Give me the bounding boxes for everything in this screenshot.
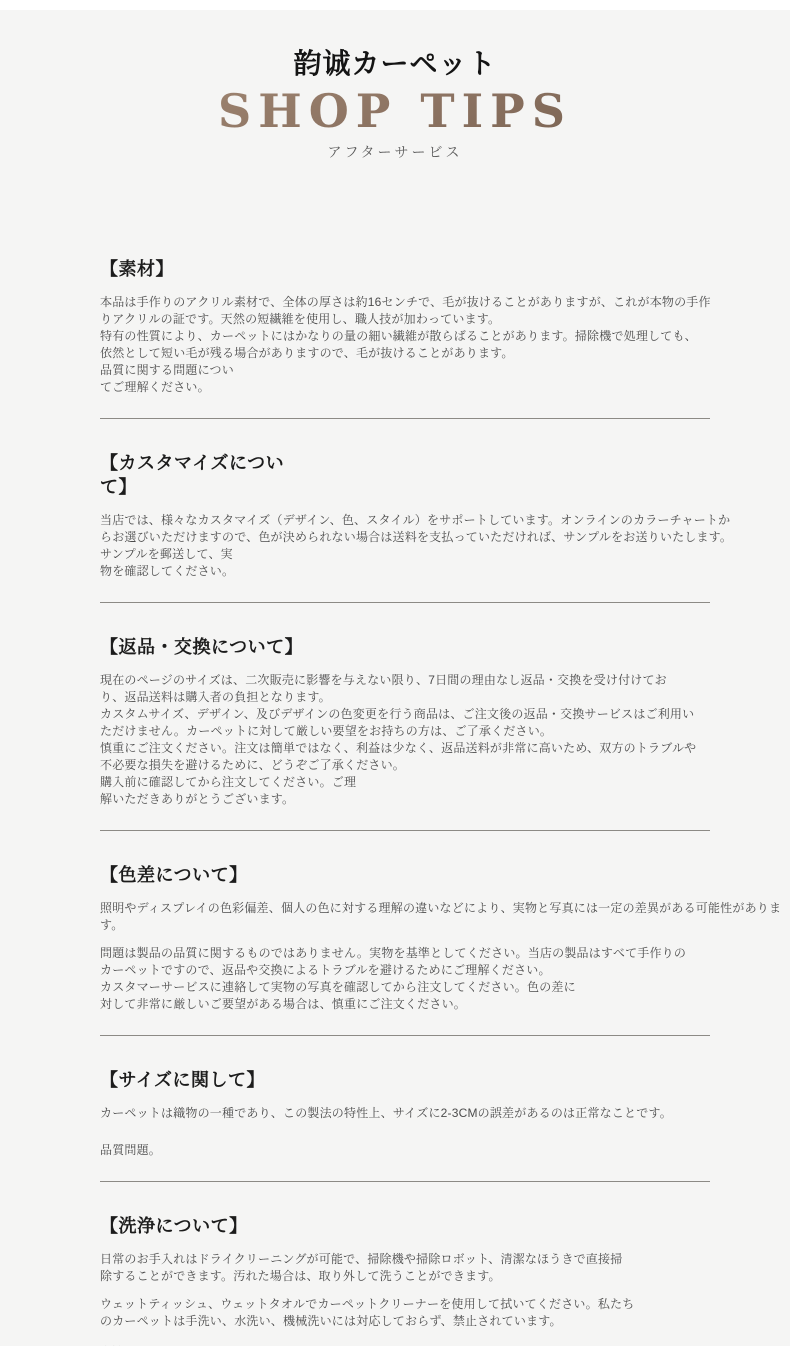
content-area: 【素材】 本品は手作りのアクリル素材で、全体の厚さは約16センチで、毛が抜けるこ… (0, 257, 790, 1346)
section-color-difference: 【色差について】 照明やディスプレイの色彩偏差、個人の色に対する理解の違いなどに… (100, 863, 790, 1013)
section-customization-text: 当店では、様々なカスタマイズ（デザイン、色、スタイル）をサポートしています。オン… (100, 512, 790, 580)
shop-tips-logo: SHOP TIPS (0, 85, 790, 137)
shop-title: 韵诚カーペット (0, 46, 790, 81)
section-size-heading: 【サイズに関して】 (100, 1068, 790, 1092)
section-material: 【素材】 本品は手作りのアクリル素材で、全体の厚さは約16センチで、毛が抜けるこ… (100, 257, 790, 396)
section-divider (100, 1181, 710, 1182)
section-washing-text-3: 水洗い。 (100, 1344, 790, 1346)
section-color-difference-text-1: 照明やディスプレイの色彩偏差、個人の色に対する理解の違いなどにより、実物と写真に… (100, 900, 790, 934)
section-divider (100, 1035, 710, 1036)
section-color-difference-heading: 【色差について】 (100, 863, 790, 887)
section-customization-heading: 【カスタマイズについ て】 (100, 451, 790, 499)
section-divider (100, 602, 710, 603)
section-washing-text-1: 日常のお手入れはドライクリーニングが可能で、掃除機や掃除ロボット、清潔なほうきで… (100, 1251, 790, 1285)
section-washing: 【洗浄について】 日常のお手入れはドライクリーニングが可能で、掃除機や掃除ロボッ… (100, 1214, 790, 1346)
section-divider (100, 418, 710, 419)
section-returns-text: 現在のページのサイズは、二次販売に影響を与えない限り、7日間の理由なし返品・交換… (100, 672, 790, 808)
section-returns-heading: 【返品・交換について】 (100, 635, 790, 659)
section-washing-text-2: ウェットティッシュ、ウェットタオルでカーペットクリーナーを使用して拭いてください… (100, 1296, 790, 1330)
section-size-text-1: カーペットは織物の一種であり、この製法の特性上、サイズに2-3CMの誤差があるの… (100, 1105, 790, 1122)
after-service-page: 韵诚カーペット SHOP TIPS アフターサービス 【素材】 本品は手作りのア… (0, 10, 790, 1346)
section-material-heading: 【素材】 (100, 257, 790, 281)
after-service-subtitle: アフターサービス (0, 143, 790, 161)
section-material-text: 本品は手作りのアクリル素材で、全体の厚さは約16センチで、毛が抜けることがありま… (100, 294, 790, 396)
section-size-text-2: 品質問題。 (100, 1142, 790, 1159)
section-washing-heading: 【洗浄について】 (100, 1214, 790, 1238)
page-header: 韵诚カーペット SHOP TIPS アフターサービス (0, 10, 790, 161)
section-color-difference-text-2: 問題は製品の品質に関するものではありません。実物を基準としてください。当店の製品… (100, 945, 790, 1013)
section-divider (100, 830, 710, 831)
section-size: 【サイズに関して】 カーペットは織物の一種であり、この製法の特性上、サイズに2-… (100, 1068, 790, 1159)
section-returns-exchanges: 【返品・交換について】 現在のページのサイズは、二次販売に影響を与えない限り、7… (100, 635, 790, 808)
section-customization: 【カスタマイズについ て】 当店では、様々なカスタマイズ（デザイン、色、スタイル… (100, 451, 790, 580)
